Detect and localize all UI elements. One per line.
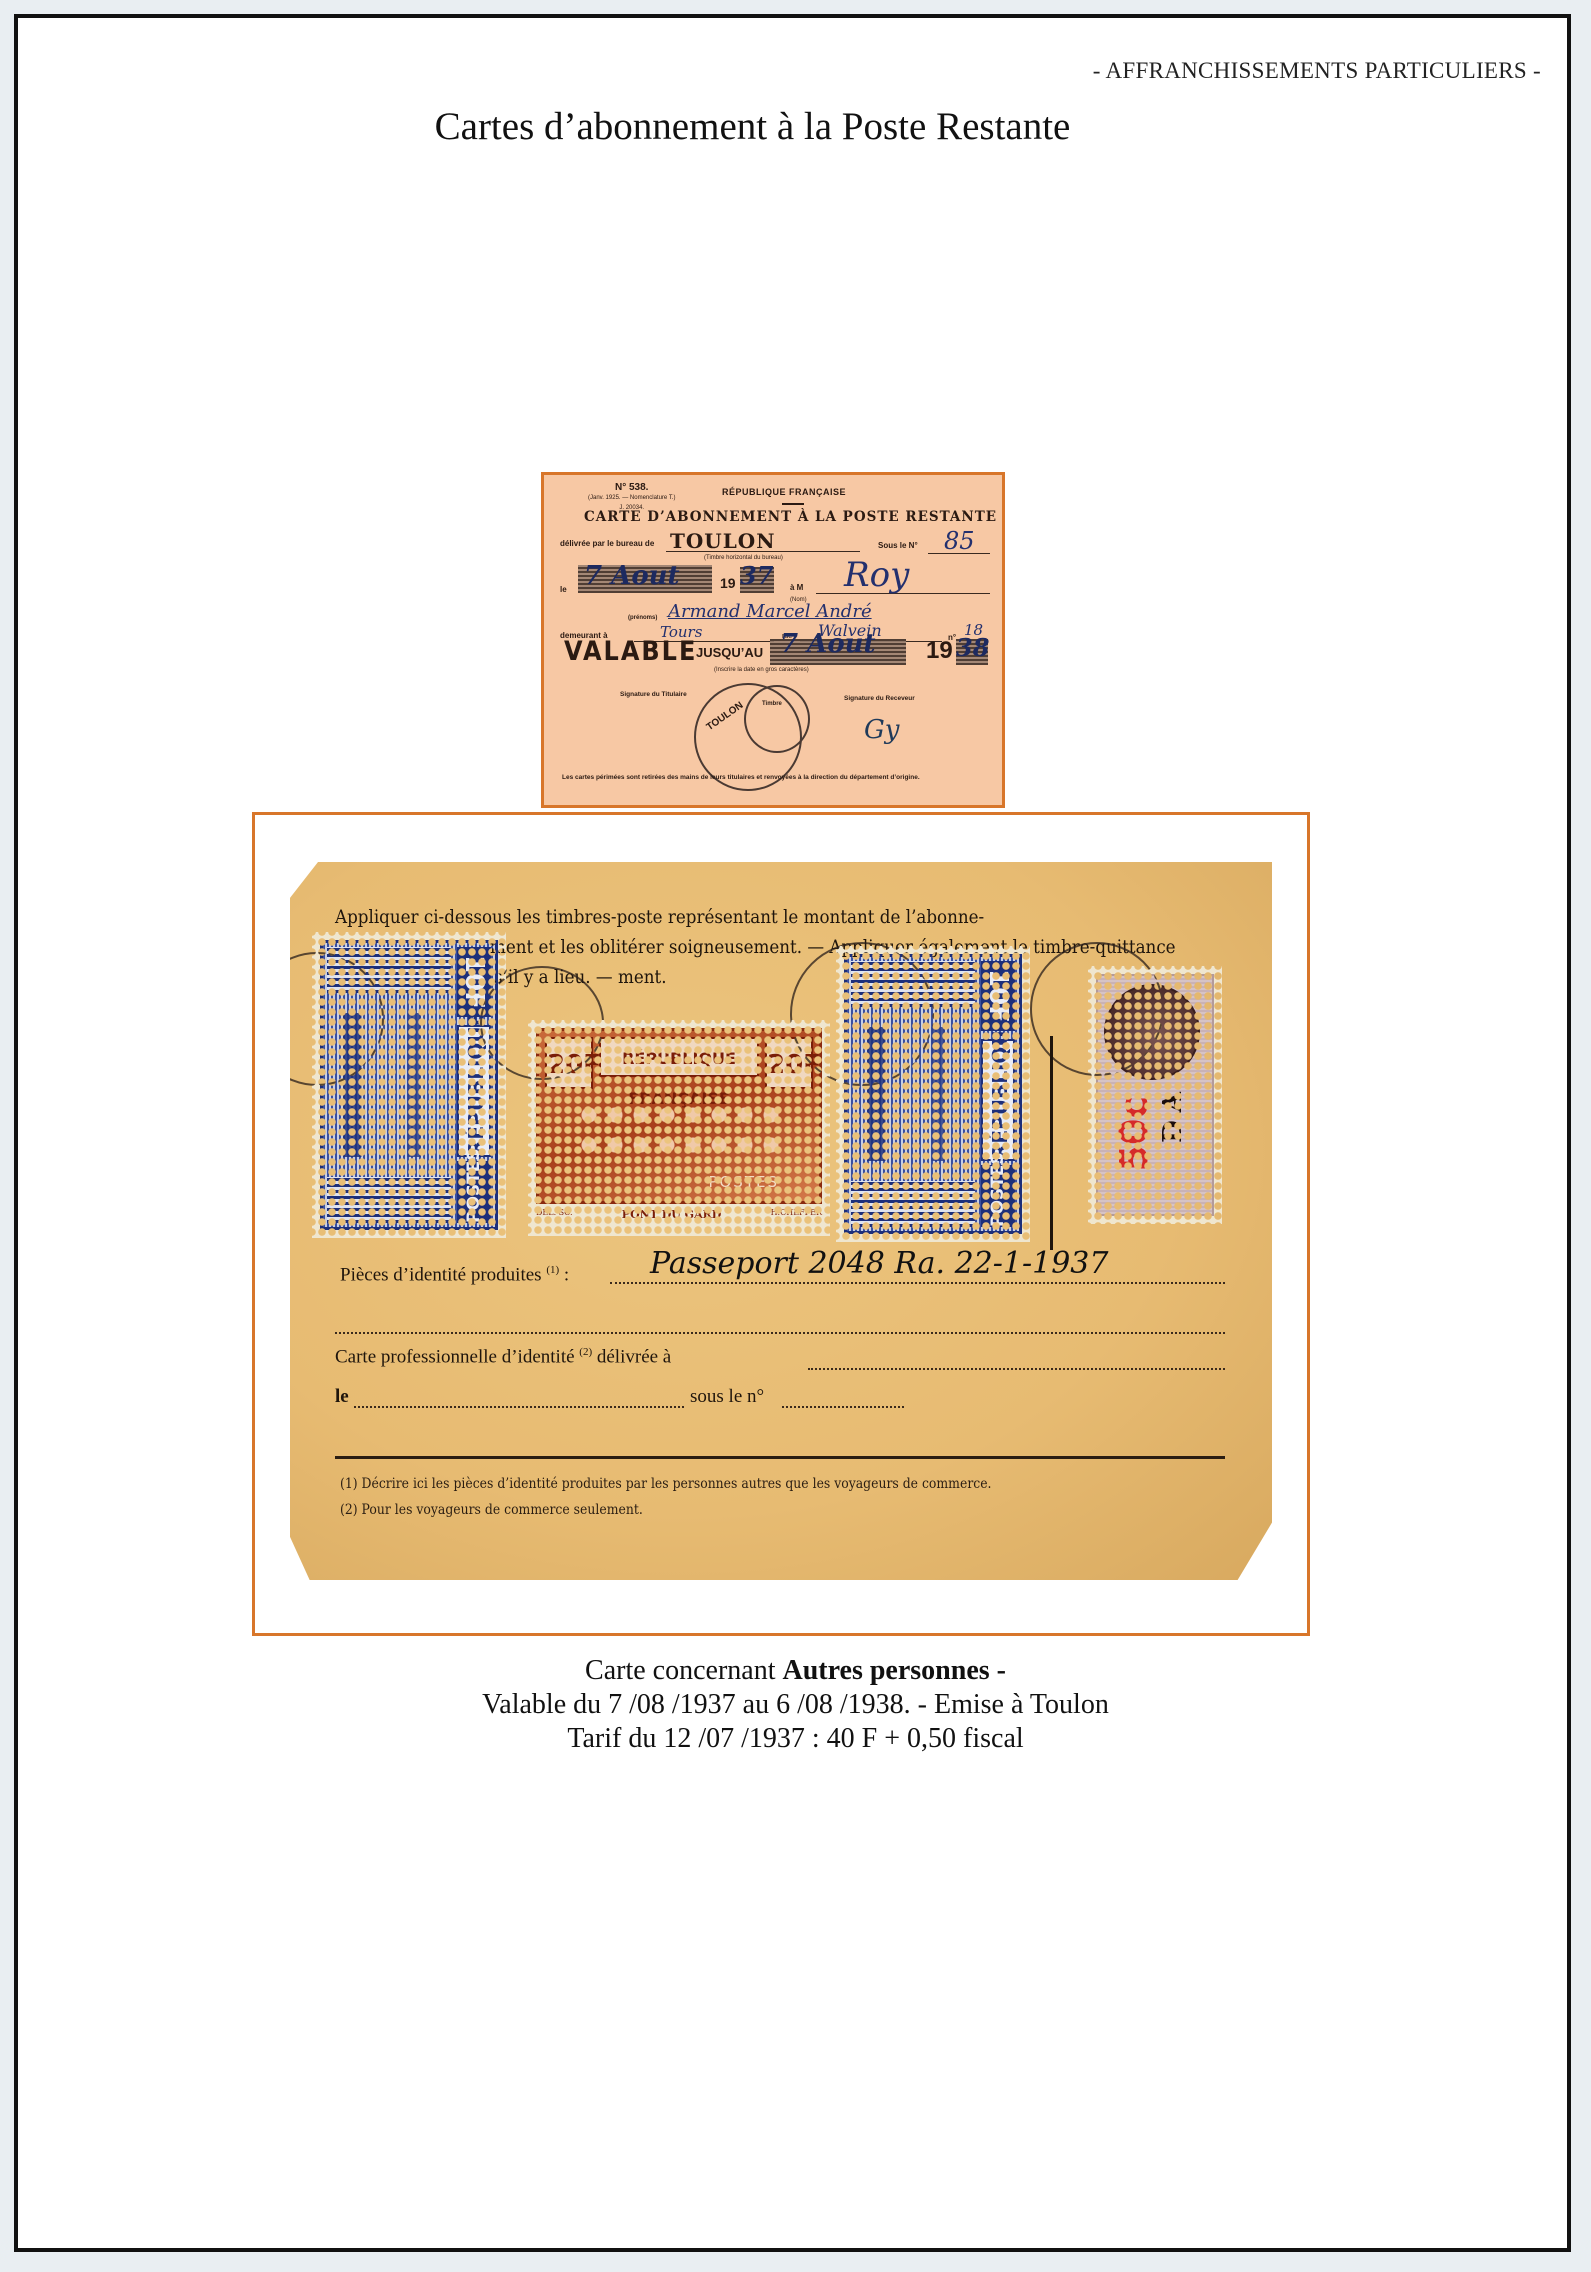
stamp-country: RÉPUBLIQUE FRANÇAISE: [457, 1025, 491, 1157]
surname-value: Roy: [844, 555, 909, 595]
valid-until-value: 7 Aout: [780, 629, 876, 659]
firstnames-label: (prénoms): [628, 615, 657, 621]
number-field-line: [782, 1406, 904, 1408]
stamp-10f-port-la-rochelle-2: 10F RÉPUBLIQUE FRANÇAISE POSTES: [836, 946, 1030, 1242]
valid-year-prefix: 19: [926, 637, 953, 665]
identity-label-text: Pièces d’identité produites: [340, 1264, 542, 1285]
section-tag: - AFFRANCHISSEMENTS PARTICULIERS -: [1093, 58, 1541, 84]
valid-sub-label: (Inscrire la date en gros caractères): [714, 667, 809, 673]
date-prefix: le: [560, 585, 567, 594]
stamp-postes: POSTES: [708, 1173, 779, 1191]
stamp-value: 10F: [457, 947, 491, 1017]
page-title-text: Cartes d’abonnement à la Poste Restante: [435, 104, 1071, 149]
stamp-value: 50c: [1112, 1096, 1156, 1171]
holder-signature-label: Signature du Titulaire: [620, 691, 687, 698]
footer-note: Les cartes périmées sont retirées des ma…: [562, 774, 982, 782]
pro-card-ref: (2): [579, 1346, 592, 1358]
page-title: Cartes d’abonnement à la Poste Restante: [18, 104, 1567, 149]
divider-rule: [335, 1456, 1225, 1459]
divider: [782, 503, 804, 505]
stamp-postes: POSTES: [981, 1165, 1015, 1227]
stamp-country: RÉPUBLIQUE FRANÇAISE: [599, 1037, 759, 1077]
stamp-country: RÉPUBLIQUE FRANÇAISE: [981, 1039, 1015, 1161]
issued-by-label: délivrée par le bureau de: [560, 539, 654, 548]
to-label: à M: [790, 583, 803, 592]
stamp-fiscal-50c: 50c D.A: [1088, 966, 1222, 1224]
caption-line-1-prefix: Carte concernant: [585, 1655, 782, 1686]
number-value: 85: [944, 527, 975, 555]
stamp-scene: [867, 1027, 959, 1161]
subscription-card-front: N° 538. (Janv. 1925. — Nomenclature T.) …: [541, 472, 1005, 808]
stamp-engraver-left: DEL. SC.: [536, 1208, 573, 1221]
stamp-postes: POSTES: [457, 1161, 491, 1223]
stamp-10f-port-la-rochelle-1: 10F RÉPUBLIQUE FRANÇAISE POSTES: [312, 932, 506, 1238]
valid-year-value: 38: [956, 633, 989, 662]
pro-card-issued-label: délivrée à: [597, 1346, 671, 1367]
footnote-1: (1) Décrire ici les pièces d’identité pr…: [340, 1476, 992, 1492]
stamp-area-border: [1050, 1036, 1053, 1250]
identity-field-line: [610, 1282, 1225, 1284]
pro-card-label-text: Carte professionnelle d’identité: [335, 1346, 575, 1367]
pro-card-label: Carte professionnelle d’identité (2) dél…: [335, 1346, 671, 1368]
footnote-2: (2) Pour les voyageurs de commerce seule…: [340, 1502, 643, 1518]
valid-label: VALABLE: [564, 636, 697, 667]
on-label: le: [335, 1386, 349, 1408]
date-field-line: [354, 1406, 684, 1408]
firstnames-value: Armand Marcel André: [668, 601, 872, 622]
postmark-inner: [744, 685, 810, 753]
stamp-value-left: 20F: [545, 1037, 593, 1089]
blank-line: [335, 1332, 1225, 1334]
stamp-aqueduct: [579, 1101, 779, 1163]
stamp-scene: [343, 1013, 435, 1157]
receiver-signature-label: Signature du Receveur: [844, 695, 915, 702]
stamp-band-top: [851, 961, 975, 1007]
caption-line-1: Carte concernant Autres personnes -: [0, 1654, 1591, 1688]
number-label: Sous le N°: [878, 541, 918, 550]
stamp-band-bottom: [851, 1181, 975, 1227]
stamp-band-top: [327, 947, 451, 993]
card-caption: Carte concernant Autres personnes - Vala…: [0, 1654, 1591, 1756]
stamp-engraver-right: H.CHEFFER: [771, 1208, 822, 1221]
caption-line-1-bold: Autres personnes -: [782, 1655, 1005, 1686]
instructions-line-1: Appliquer ci-dessous les timbres-poste r…: [335, 906, 984, 928]
stamp-caption: PONT DU GARD: [622, 1208, 722, 1221]
receiver-signature: Gy: [864, 715, 899, 745]
office-stamp: TOULON: [670, 529, 776, 553]
date-value: 7 Aout: [584, 561, 680, 591]
stamp-band-bottom: [327, 1177, 451, 1223]
pro-card-field-line: [808, 1368, 1225, 1370]
caption-line-3: Tarif du 12 /07 /1937 : 40 F + 0,50 fisc…: [0, 1722, 1591, 1756]
card-heading: CARTE D’ABONNEMENT À LA POSTE RESTANTE: [584, 509, 997, 525]
identity-ref: (1): [546, 1264, 559, 1276]
stamp-imprint: DEL. SC. PONT DU GARD H.CHEFFER: [536, 1208, 822, 1221]
stamp-medallion: [1104, 984, 1200, 1080]
year-prefix: 19: [720, 575, 736, 591]
form-number-text: N° 538.: [615, 482, 648, 493]
stamp-value-right: 20F: [765, 1037, 813, 1089]
until-label: JUSQU’AU: [696, 645, 763, 660]
identity-label: Pièces d’identité produites (1) :: [340, 1264, 569, 1286]
under-no-label: sous le n°: [690, 1386, 764, 1408]
identity-value: Passeport 2048 Ra. 22-1-1937: [650, 1246, 1108, 1281]
year-value: 37: [740, 561, 773, 590]
caption-line-2: Valable du 7 /08 /1937 au 6 /08 /1938. -…: [0, 1688, 1591, 1722]
stamp-overprint: D.A: [1158, 1092, 1188, 1143]
form-ref-1: (Janv. 1925. — Nomenclature T.): [588, 493, 675, 503]
stamp-20f-pont-du-gard: 20F RÉPUBLIQUE FRANÇAISE 20F POSTES DEL.…: [528, 1020, 830, 1236]
republic-header: RÉPUBLIQUE FRANÇAISE: [722, 487, 846, 497]
